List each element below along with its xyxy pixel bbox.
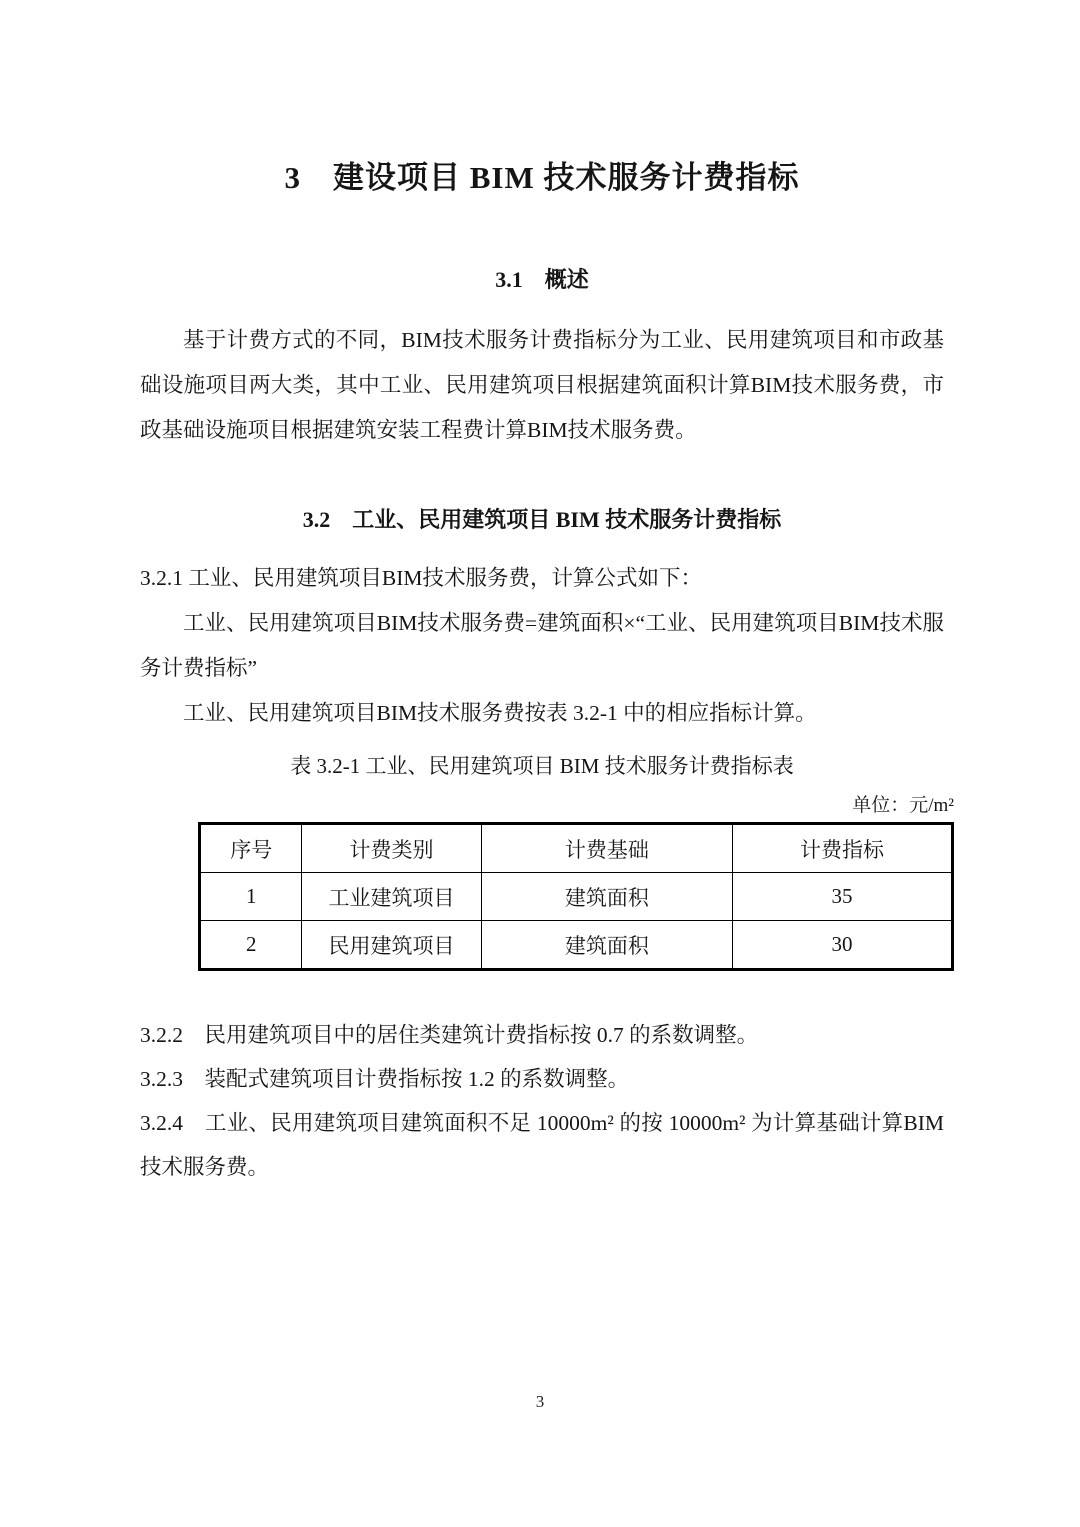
table-header-row: 序号 计费类别 计费基础 计费指标 [200, 824, 953, 873]
clause-3-2-2: 3.2.2 民用建筑项目中的居住类建筑计费指标按 0.7 的系数调整。 [140, 1013, 944, 1057]
cell-basis: 建筑面积 [481, 921, 733, 970]
cell-category: 民用建筑项目 [302, 921, 481, 970]
table-row: 2 民用建筑项目 建筑面积 30 [200, 921, 953, 970]
table-caption: 表 3.2-1 工业、民用建筑项目 BIM 技术服务计费指标表 [140, 750, 944, 780]
clause-list: 3.2.2 民用建筑项目中的居住类建筑计费指标按 0.7 的系数调整。 3.2.… [140, 1013, 944, 1189]
cell-index: 30 [733, 921, 953, 970]
overview-paragraph: 基于计费方式的不同，BIM技术服务计费指标分为工业、民用建筑项目和市政基础设施项… [140, 318, 944, 453]
cell-category: 工业建筑项目 [302, 873, 481, 921]
cell-serial: 2 [200, 921, 302, 970]
unit-note: 单位：元/m² [198, 794, 954, 818]
clause-3-2-4: 3.2.4 工业、民用建筑项目建筑面积不足 10000m² 的按 10000m²… [140, 1101, 944, 1189]
header-category: 计费类别 [302, 824, 481, 873]
header-index: 计费指标 [733, 824, 953, 873]
cell-serial: 1 [200, 873, 302, 921]
cell-basis: 建筑面积 [481, 873, 733, 921]
section-heading-3-2: 3.2 工业、民用建筑项目 BIM 技术服务计费指标 [140, 503, 944, 534]
table-row: 1 工业建筑项目 建筑面积 35 [200, 873, 953, 921]
chapter-title: 3 建设项目 BIM 技术服务计费指标 [140, 152, 944, 197]
clause-3-2-1: 3.2.1 工业、民用建筑项目BIM技术服务费，计算公式如下： [140, 556, 944, 601]
fee-index-table: 序号 计费类别 计费基础 计费指标 1 工业建筑项目 建筑面积 35 2 民用建… [198, 822, 954, 971]
cell-index: 35 [733, 873, 953, 921]
table-zone: 单位：元/m² 序号 计费类别 计费基础 计费指标 1 工业建筑项目 建筑 [198, 794, 954, 971]
clause-3-2-3: 3.2.3 装配式建筑项目计费指标按 1.2 的系数调整。 [140, 1057, 944, 1101]
header-serial: 序号 [200, 824, 302, 873]
section-heading-3-1: 3.1 概述 [140, 263, 944, 294]
formula-paragraph: 工业、民用建筑项目BIM技术服务费=建筑面积×“工业、民用建筑项目BIM技术服务… [140, 601, 944, 691]
page-content: 3 建设项目 BIM 技术服务计费指标 3.1 概述 基于计费方式的不同，BIM… [140, 0, 944, 1189]
document-page: 3 建设项目 BIM 技术服务计费指标 3.1 概述 基于计费方式的不同，BIM… [0, 0, 1080, 1527]
page-number: 3 [0, 1392, 1080, 1412]
table-intro-paragraph: 工业、民用建筑项目BIM技术服务费按表 3.2-1 中的相应指标计算。 [140, 691, 944, 736]
header-basis: 计费基础 [481, 824, 733, 873]
